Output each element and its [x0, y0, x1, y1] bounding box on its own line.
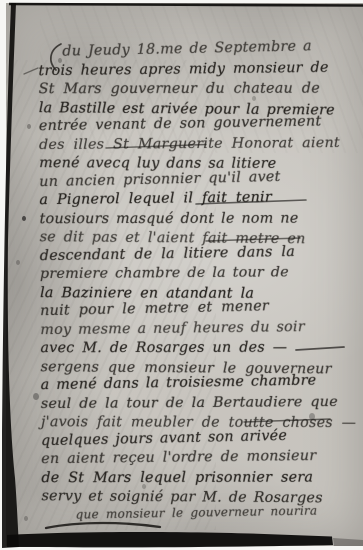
manuscript-line: seul de la tour de la Bertaudiere que: [41, 392, 362, 413]
manuscript-line: tousiours masqué dont le nom ne: [40, 209, 361, 228]
manuscript-line: a mené dans la troisiesme chambre: [41, 371, 362, 395]
manuscript-line: des illes St Marguerite Honorat aient: [39, 133, 360, 154]
manuscript-line: de St Mars lequel prisonnier sera: [41, 468, 362, 487]
manuscript-photo: du Jeudy 18.me de Septembre atrois heure…: [0, 0, 363, 550]
manuscript-line: en aient reçeu l'ordre de monsieur: [41, 446, 362, 468]
foxing-specks: [22, 216, 26, 221]
manuscript-line: avec M. de Rosarges un des —: [40, 338, 361, 357]
manuscript-line: St Mars gouverneur du chateau de: [39, 79, 360, 98]
manuscript-line: trois heures apres midy monsieur de: [38, 58, 359, 80]
manuscript-line: moy mesme a neuf heures du soir: [40, 317, 361, 339]
manuscript-line: entrée venant de son gouvernement: [39, 112, 360, 136]
manuscript-line: premiere chambre de la tour de: [40, 263, 361, 284]
manuscript-line: a Pignerol lequel il fait tenir: [39, 187, 360, 209]
manuscript-text: du Jeudy 18.me de Septembre atrois heure…: [38, 41, 362, 524]
